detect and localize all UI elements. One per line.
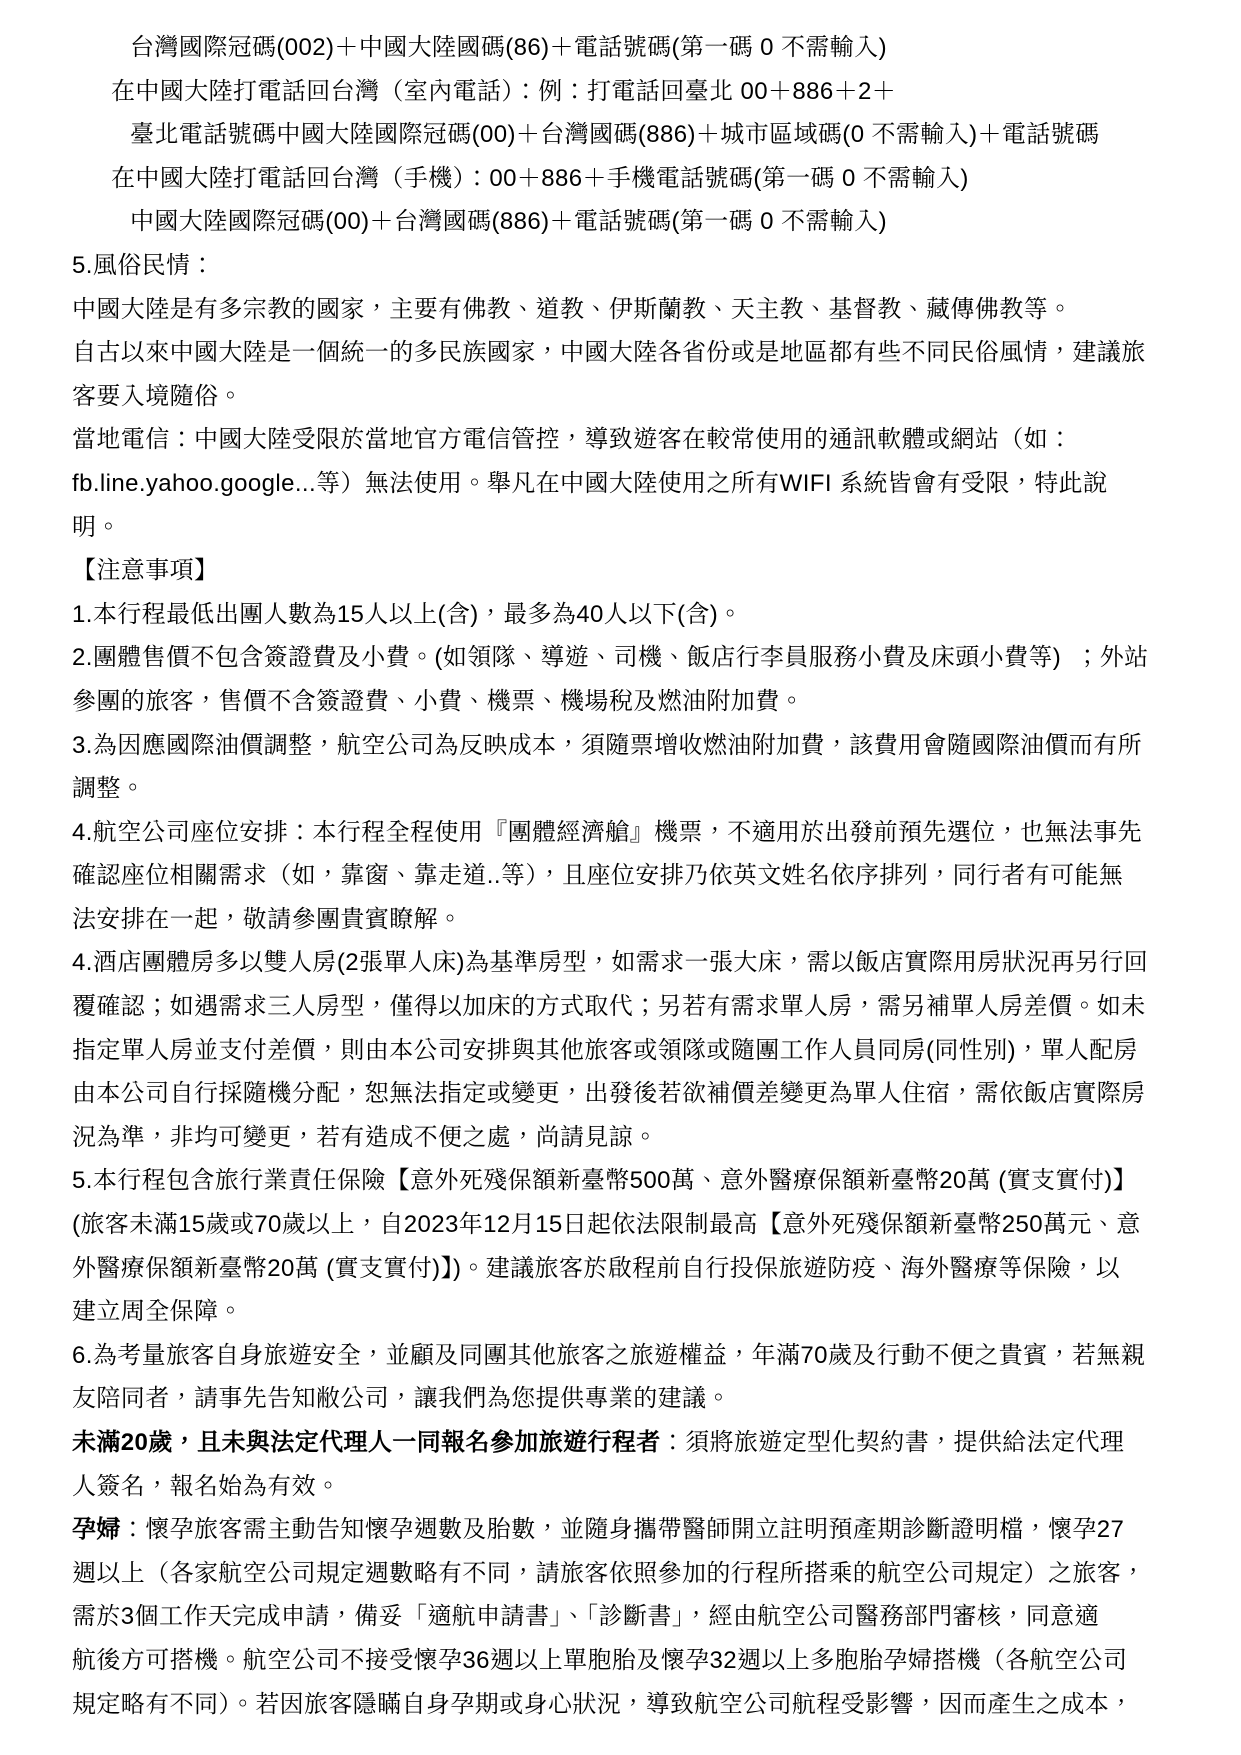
text-segment: 週以上（各家航空公司規定週數略有不同，請旅客依照參加的行程所搭乘的航空公司規定）… <box>72 1560 1146 1587</box>
text-line: 當地電信：中國大陸受限於當地官方電信管控，導致遊客在較常使用的通訊軟體或網站（如… <box>72 418 1181 462</box>
text-line: 1.本行程最低出團人數為15人以上(含)，最多為40人以下(含)。 <box>72 593 1181 637</box>
text-segment: 明。 <box>72 514 121 541</box>
text-line: 客要入境隨俗。 <box>72 375 1181 419</box>
text-segment: 【注意事項】 <box>72 557 218 584</box>
text-segment: 臺北電話號碼中國大陸國際冠碼(00)＋台灣國碼(886)＋城市區域碼(0 不需輸… <box>130 121 1100 148</box>
text-segment: ：須將旅遊定型化契約書，提供給法定代理 <box>661 1429 1125 1456</box>
text-segment: fb.line.yahoo.google...等）無法使用。舉凡在中國大陸使用之… <box>72 470 1107 497</box>
text-segment: 調整。 <box>72 775 145 802</box>
text-line: (旅客未滿15歲或70歲以上，自2023年12月15日起依法限制最高【意外死殘保… <box>72 1203 1181 1247</box>
text-line: 台灣國際冠碼(002)＋中國大陸國碼(86)＋電話號碼(第一碼 0 不需輸入) <box>72 26 1181 70</box>
document-body: 台灣國際冠碼(002)＋中國大陸國碼(86)＋電話號碼(第一碼 0 不需輸入)在… <box>72 26 1181 1726</box>
text-line: 4.航空公司座位安排：本行程全程使用『團體經濟艙』機票，不適用於出發前預先選位，… <box>72 811 1181 855</box>
text-line: 5.風俗民情： <box>72 244 1181 288</box>
text-line: 覆確認；如遇需求三人房型，僅得以加床的方式取代；另若有需求單人房，需另補單人房差… <box>72 985 1181 1029</box>
text-line: 週以上（各家航空公司規定週數略有不同，請旅客依照參加的行程所搭乘的航空公司規定）… <box>72 1552 1181 1596</box>
text-line: 法安排在一起，敬請參團貴賓瞭解。 <box>72 898 1181 942</box>
text-line: 臺北電話號碼中國大陸國際冠碼(00)＋台灣國碼(886)＋城市區域碼(0 不需輸… <box>72 113 1181 157</box>
text-segment: 3.為因應國際油價調整，航空公司為反映成本，須隨票增收燃油附加費，該費用會隨國際… <box>72 732 1142 759</box>
text-segment: 4.酒店團體房多以雙人房(2張單人床)為基準房型，如需求一張大床，需以飯店實際用… <box>72 949 1148 976</box>
text-segment: 5.風俗民情： <box>72 252 215 279</box>
text-line: 【注意事項】 <box>72 549 1181 593</box>
text-segment: 在中國大陸打電話回台灣（手機）：00＋886＋手機電話號碼(第一碼 0 不需輸入… <box>111 165 969 192</box>
text-line: 自古以來中國大陸是一個統一的多民族國家，中國大陸各省份或是地區都有些不同民俗風情… <box>72 331 1181 375</box>
text-segment: 法安排在一起，敬請參團貴賓瞭解。 <box>72 906 462 933</box>
text-segment: 規定略有不同）。若因旅客隱瞞自身孕期或身心狀況，導致航空公司航程受影響，因而產生… <box>72 1691 1134 1718</box>
text-segment: 外醫療保額新臺幣20萬 (實支實付)】)。建議旅客於啟程前自行投保旅遊防疫、海外… <box>72 1255 1120 1282</box>
text-line: 在中國大陸打電話回台灣（手機）：00＋886＋手機電話號碼(第一碼 0 不需輸入… <box>72 157 1181 201</box>
text-line: 4.酒店團體房多以雙人房(2張單人床)為基準房型，如需求一張大床，需以飯店實際用… <box>72 941 1181 985</box>
text-line: 孕婦：懷孕旅客需主動告知懷孕週數及胎數，並隨身攜帶醫師開立註明預產期診斷證明檔，… <box>72 1508 1181 1552</box>
text-line: 中國大陸國際冠碼(00)＋台灣國碼(886)＋電話號碼(第一碼 0 不需輸入) <box>72 200 1181 244</box>
text-segment: 況為準，非均可變更，若有造成不便之處，尚請見諒。 <box>72 1124 658 1151</box>
text-segment: 5.本行程包含旅行業責任保險【意外死殘保額新臺幣500萬、意外醫療保額新臺幣20… <box>72 1167 1137 1194</box>
text-line: 建立周全保障。 <box>72 1290 1181 1334</box>
text-line: 5.本行程包含旅行業責任保險【意外死殘保額新臺幣500萬、意外醫療保額新臺幣20… <box>72 1159 1181 1203</box>
text-segment: ：懷孕旅客需主動告知懷孕週數及胎數，並隨身攜帶醫師開立註明預產期診斷證明檔，懷孕… <box>121 1516 1125 1543</box>
text-segment: 在中國大陸打電話回台灣（室內電話）：例：打電話回臺北 00＋886＋2＋ <box>111 78 896 105</box>
text-line: 人簽名，報名始為有效。 <box>72 1465 1181 1509</box>
text-segment: 航後方可搭機。航空公司不接受懷孕36週以上單胞胎及懷孕32週以上多胞胎孕婦搭機（… <box>72 1647 1127 1674</box>
bold-text-segment: 孕婦 <box>72 1516 121 1543</box>
text-segment: 需於3個工作天完成申請，備妥「適航申請書」、「診斷書」，經由航空公司醫務部門審核… <box>72 1603 1099 1630</box>
text-segment: 覆確認；如遇需求三人房型，僅得以加床的方式取代；另若有需求單人房，需另補單人房差… <box>72 993 1146 1020</box>
text-line: 確認座位相關需求（如，靠窗、靠走道..等），且座位安排乃依英文姓名依序排列，同行… <box>72 854 1181 898</box>
text-segment: 由本公司自行採隨機分配，恕無法指定或變更，出發後若欲補價差變更為單人住宿，需依飯… <box>72 1080 1146 1107</box>
text-line: 未滿20歲，且未與法定代理人一同報名參加旅遊行程者：須將旅遊定型化契約書，提供給… <box>72 1421 1181 1465</box>
text-segment: 友陪同者，請事先告知敝公司，讓我們為您提供專業的建議。 <box>72 1385 731 1412</box>
text-segment: 客要入境隨俗。 <box>72 383 243 410</box>
text-line: 航後方可搭機。航空公司不接受懷孕36週以上單胞胎及懷孕32週以上多胞胎孕婦搭機（… <box>72 1639 1181 1683</box>
text-segment: 6.為考量旅客自身旅遊安全，並顧及同團其他旅客之旅遊權益，年滿70歲及行動不便之… <box>72 1342 1145 1369</box>
text-segment: 指定單人房並支付差價，則由本公司安排與其他旅客或領隊或隨團工作人員同房(同性別)… <box>72 1037 1138 1064</box>
text-segment: 中國大陸國際冠碼(00)＋台灣國碼(886)＋電話號碼(第一碼 0 不需輸入) <box>130 208 887 235</box>
text-segment: 建立周全保障。 <box>72 1298 243 1325</box>
text-segment: 4.航空公司座位安排：本行程全程使用『團體經濟艙』機票，不適用於出發前預先選位，… <box>72 819 1142 846</box>
text-line: 需於3個工作天完成申請，備妥「適航申請書」、「診斷書」，經由航空公司醫務部門審核… <box>72 1595 1181 1639</box>
text-line: 調整。 <box>72 767 1181 811</box>
text-segment: 人簽名，報名始為有效。 <box>72 1473 340 1500</box>
bold-text-segment: 未滿20歲，且未與法定代理人一同報名參加旅遊行程者 <box>72 1429 661 1456</box>
text-line: 指定單人房並支付差價，則由本公司安排與其他旅客或領隊或隨團工作人員同房(同性別)… <box>72 1029 1181 1073</box>
text-line: 參團的旅客，售價不含簽證費、小費、機票、機場稅及燃油附加費。 <box>72 680 1181 724</box>
text-segment: 參團的旅客，售價不含簽證費、小費、機票、機場稅及燃油附加費。 <box>72 688 804 715</box>
text-segment: 確認座位相關需求（如，靠窗、靠走道..等），且座位安排乃依英文姓名依序排列，同行… <box>72 862 1123 889</box>
text-segment: 2.團體售價不包含簽證費及小費。(如領隊、導遊、司機、飯店行李員服務小費及床頭小… <box>72 644 1149 671</box>
text-segment: 台灣國際冠碼(002)＋中國大陸國碼(86)＋電話號碼(第一碼 0 不需輸入) <box>130 34 887 61</box>
document-page: 台灣國際冠碼(002)＋中國大陸國碼(86)＋電話號碼(第一碼 0 不需輸入)在… <box>0 0 1241 1755</box>
text-line: 友陪同者，請事先告知敝公司，讓我們為您提供專業的建議。 <box>72 1377 1181 1421</box>
text-line: 外醫療保額新臺幣20萬 (實支實付)】)。建議旅客於啟程前自行投保旅遊防疫、海外… <box>72 1247 1181 1291</box>
text-line: 在中國大陸打電話回台灣（室內電話）：例：打電話回臺北 00＋886＋2＋ <box>72 70 1181 114</box>
text-line: 3.為因應國際油價調整，航空公司為反映成本，須隨票增收燃油附加費，該費用會隨國際… <box>72 724 1181 768</box>
text-line: 規定略有不同）。若因旅客隱瞞自身孕期或身心狀況，導致航空公司航程受影響，因而產生… <box>72 1683 1181 1727</box>
text-segment: 當地電信：中國大陸受限於當地官方電信管控，導致遊客在較常使用的通訊軟體或網站（如… <box>72 426 1072 453</box>
text-segment: 1.本行程最低出團人數為15人以上(含)，最多為40人以下(含)。 <box>72 601 743 628</box>
text-line: 況為準，非均可變更，若有造成不便之處，尚請見諒。 <box>72 1116 1181 1160</box>
text-line: 6.為考量旅客自身旅遊安全，並顧及同團其他旅客之旅遊權益，年滿70歲及行動不便之… <box>72 1334 1181 1378</box>
text-line: 2.團體售價不包含簽證費及小費。(如領隊、導遊、司機、飯店行李員服務小費及床頭小… <box>72 636 1181 680</box>
text-line: 明。 <box>72 506 1181 550</box>
text-segment: (旅客未滿15歲或70歲以上，自2023年12月15日起依法限制最高【意外死殘保… <box>72 1211 1141 1238</box>
text-line: 由本公司自行採隨機分配，恕無法指定或變更，出發後若欲補價差變更為單人住宿，需依飯… <box>72 1072 1181 1116</box>
text-line: fb.line.yahoo.google...等）無法使用。舉凡在中國大陸使用之… <box>72 462 1181 506</box>
text-segment: 中國大陸是有多宗教的國家，主要有佛教、道教、伊斯蘭教、天主教、基督教、藏傳佛教等… <box>72 296 1072 323</box>
text-segment: 自古以來中國大陸是一個統一的多民族國家，中國大陸各省份或是地區都有些不同民俗風情… <box>72 339 1146 366</box>
text-line: 中國大陸是有多宗教的國家，主要有佛教、道教、伊斯蘭教、天主教、基督教、藏傳佛教等… <box>72 288 1181 332</box>
